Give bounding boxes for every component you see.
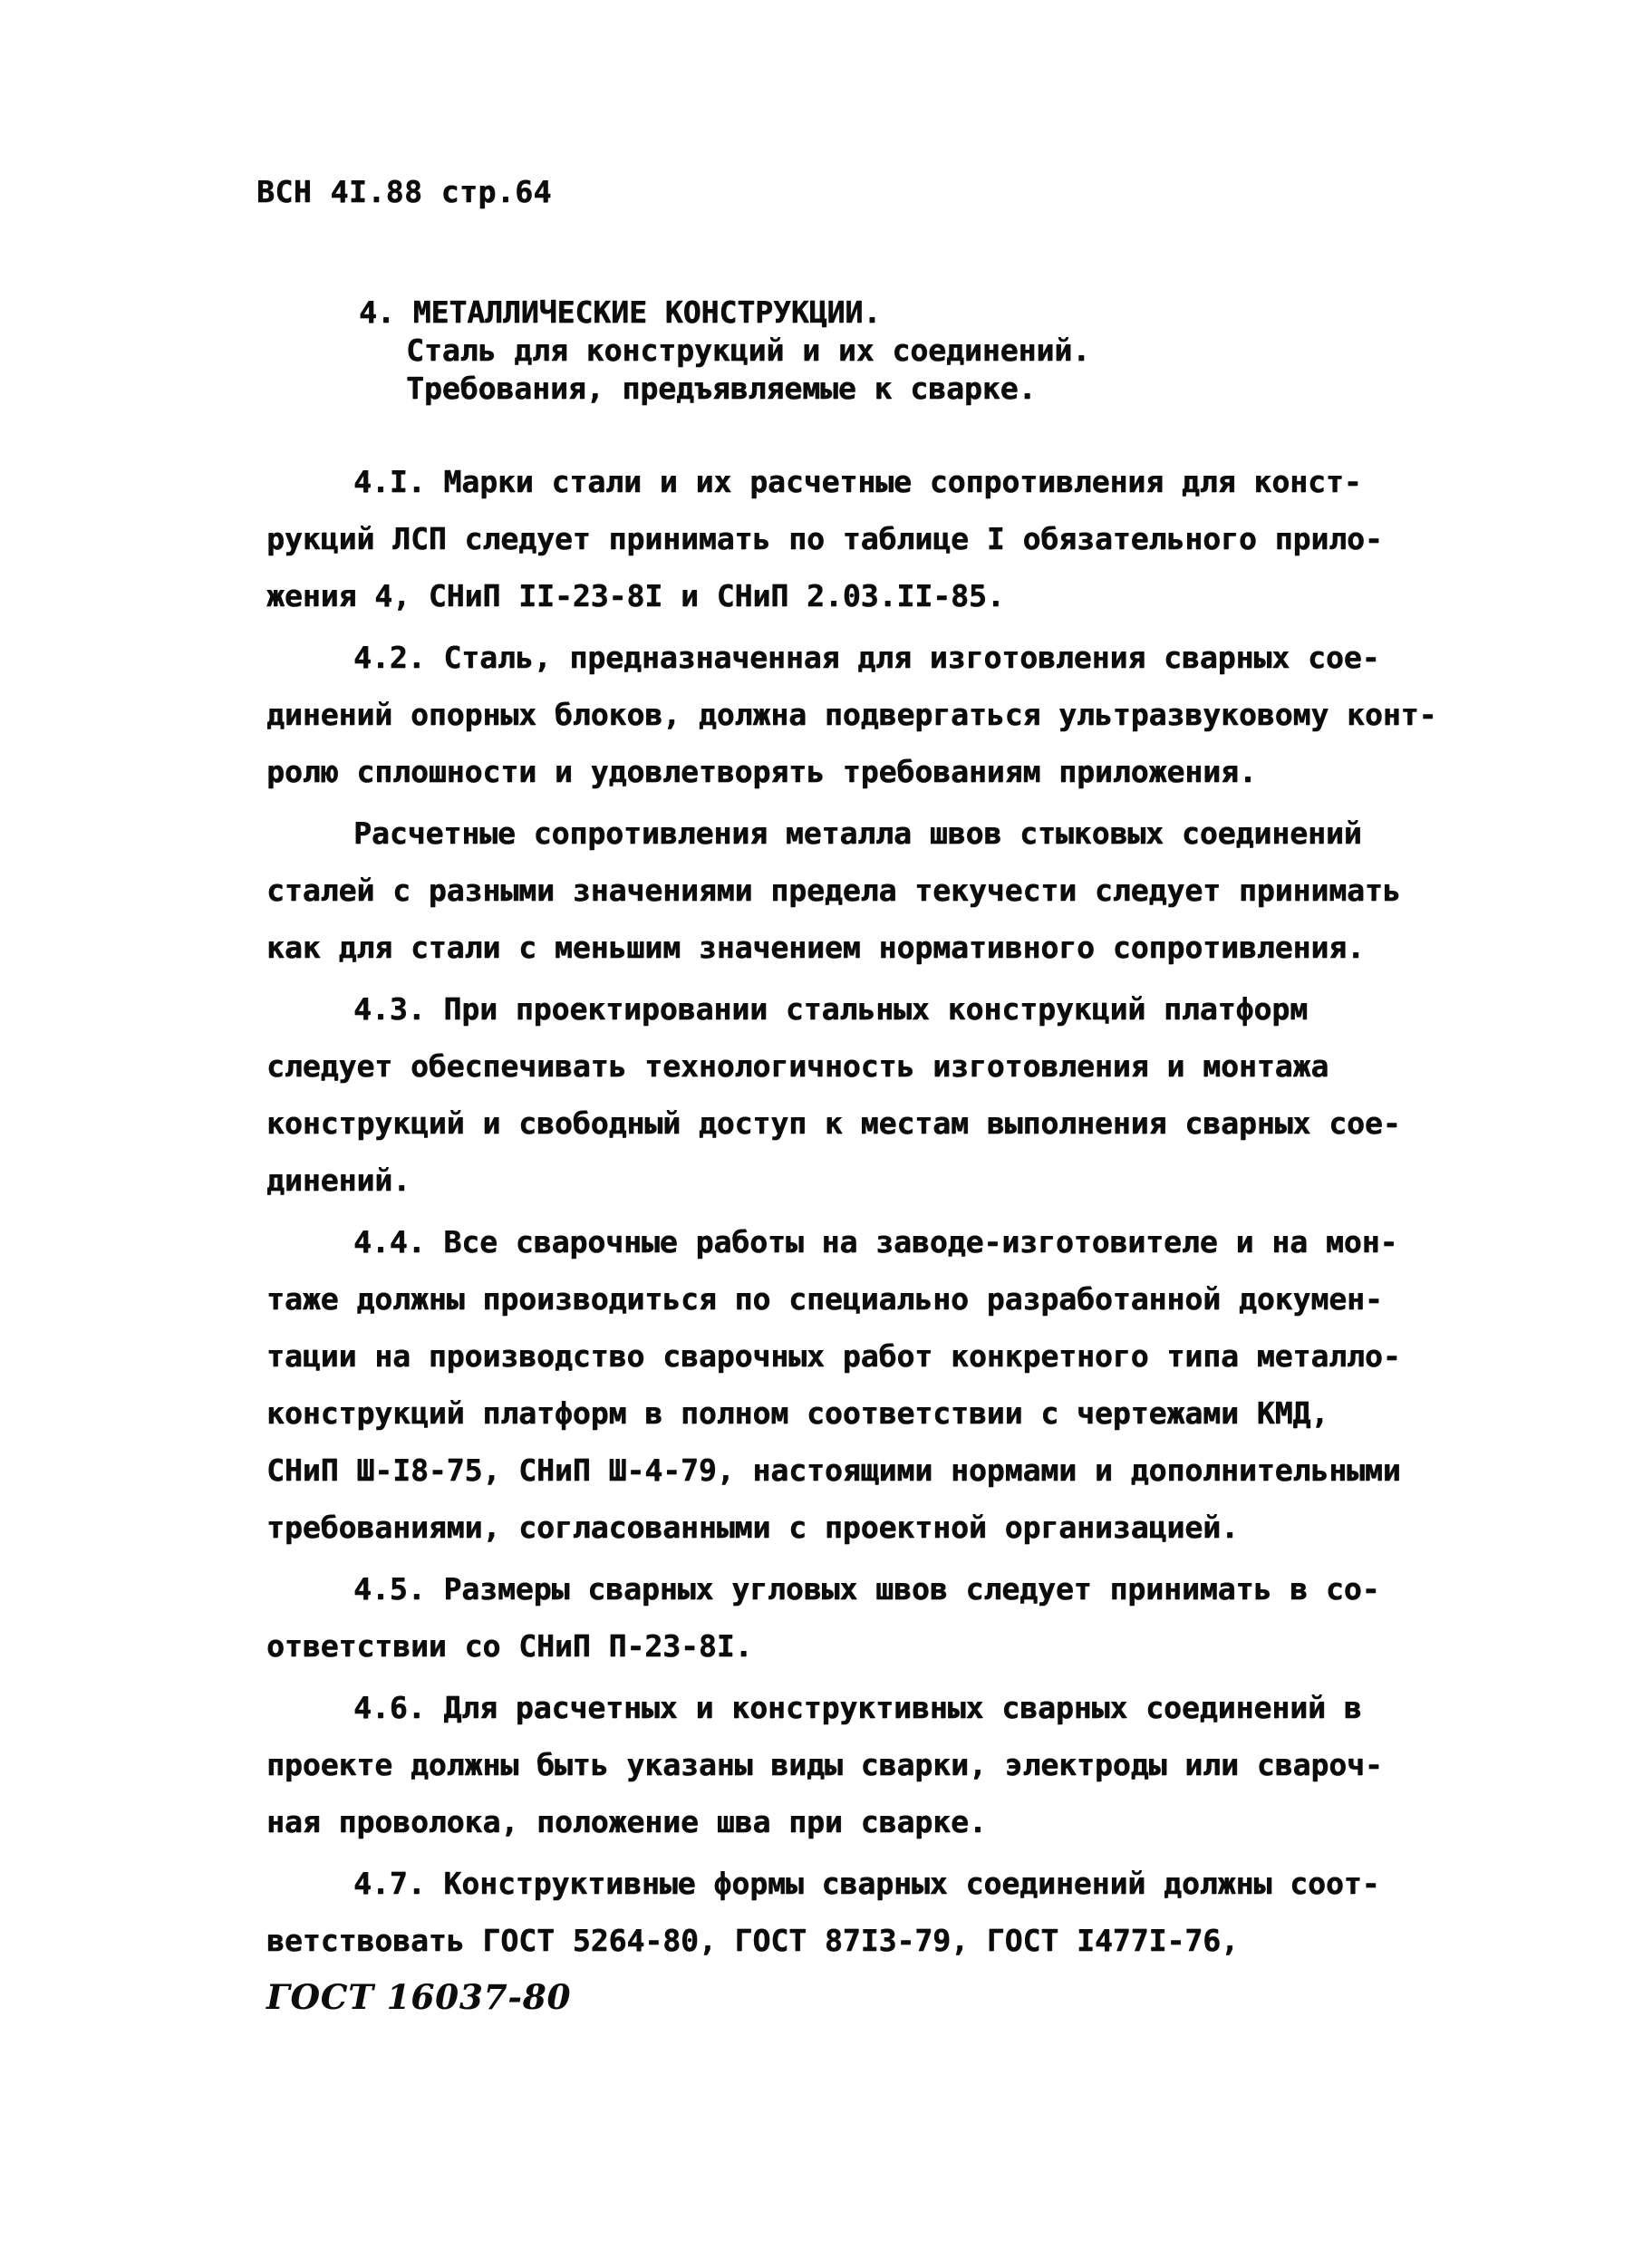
paragraph-4-7-typed-text: 4.7. Конструктивные формы сварных соедин…: [266, 1866, 1379, 1958]
section-title-line-1: 4. МЕТАЛЛИЧЕСКИЕ КОНСТРУКЦИИ.: [359, 294, 1090, 332]
handwritten-gost-annotation: ГОСТ 16037-80: [266, 1977, 571, 2017]
paragraph-4-7: 4.7. Конструктивные формы сварных соедин…: [266, 1855, 1535, 2027]
paragraph-4-6: 4.6. Для расчетных и конструктивных свар…: [266, 1679, 1535, 1850]
paragraph-4-4: 4.4. Все сварочные работы на заводе-изго…: [266, 1213, 1535, 1556]
section-title-line-2: Сталь для конструкций и их соединений.: [406, 332, 1090, 370]
paragraph-4-5: 4.5. Размеры сварных угловых швов следуе…: [266, 1560, 1535, 1674]
section-title-line-3: Требования, предъявляемые к сварке.: [406, 370, 1090, 408]
paragraph-4-1: 4.I. Марки стали и их расчетные сопротив…: [266, 453, 1535, 624]
paragraph-4-2: 4.2. Сталь, предназначенная для изготовл…: [266, 629, 1535, 800]
page-header: ВСН 4I.88 стр.64: [256, 174, 552, 209]
document-body: 4.I. Марки стали и их расчетные сопротив…: [266, 453, 1535, 2032]
scanned-document-page: ВСН 4I.88 стр.64 4. МЕТАЛЛИЧЕСКИЕ КОНСТР…: [0, 0, 1633, 2268]
paragraph-4-2-continuation: Расчетные сопротивления металла швов сты…: [266, 805, 1535, 976]
paragraph-4-3: 4.3. При проектировании стальных констру…: [266, 980, 1535, 1209]
section-title: 4. МЕТАЛЛИЧЕСКИЕ КОНСТРУКЦИИ. Сталь для …: [359, 294, 1090, 408]
